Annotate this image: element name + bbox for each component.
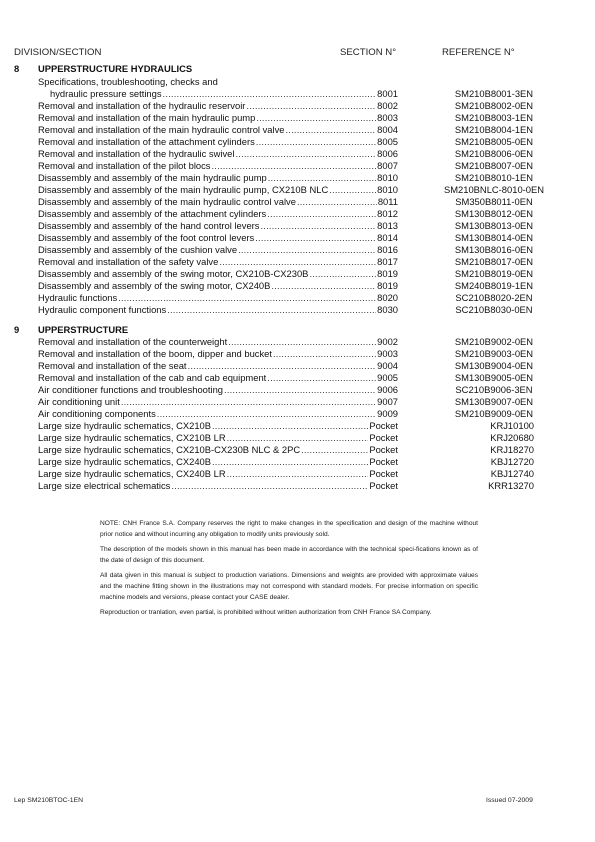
toc-entry-link[interactable]: Large size hydraulic schematics, CX210B …: [38, 432, 398, 444]
toc-row[interactable]: Large size hydraulic schematics, CX240B …: [14, 468, 574, 480]
toc-section-number: Pocket: [368, 468, 398, 480]
section-number: 9: [14, 324, 34, 336]
toc-reference-number: SM210B8002-0EN: [430, 100, 558, 112]
toc-entry-link[interactable]: Air conditioning unit9007: [38, 396, 398, 408]
toc-entry-title: Air conditioning components: [38, 408, 157, 420]
toc-entry-link[interactable]: Disassembly and assembly of the cushion …: [38, 244, 398, 256]
toc-reference-number: SC210B8030-0EN: [430, 304, 558, 316]
toc-intro-text: Specifications, troubleshooting, checks …: [38, 76, 218, 88]
table-of-contents: 8UPPERSTRUCTURE HYDRAULICSSpecifications…: [14, 63, 574, 492]
toc-reference-number: KBJ12720: [430, 456, 534, 468]
toc-row[interactable]: Removal and installation of the cab and …: [14, 372, 574, 384]
note-paragraph: The description of the models shown in t…: [100, 545, 478, 566]
toc-entry-title: Removal and installation of the pilot bl…: [38, 160, 212, 172]
toc-reference-number: SM130B9005-0EN: [430, 372, 558, 384]
toc-row[interactable]: Large size hydraulic schematics, CX240BP…: [14, 456, 574, 468]
toc-reference-number: KRJ20680: [430, 432, 534, 444]
dot-leader: [212, 160, 377, 172]
toc-entry-link[interactable]: Large size hydraulic schematics, CX210B-…: [38, 444, 398, 456]
toc-entry-title: Disassembly and assembly of the swing mo…: [38, 280, 271, 292]
section-heading: 9UPPERSTRUCTURE: [14, 324, 574, 337]
toc-section-number: 8006: [376, 148, 398, 160]
toc-reference-number: SM210B9003-0EN: [430, 348, 558, 360]
toc-section-number: 8010: [376, 184, 398, 196]
toc-section-number: 9006: [376, 384, 398, 396]
toc-section-number: 8020: [376, 292, 398, 304]
toc-entry-link[interactable]: Large size hydraulic schematics, CX210BP…: [38, 420, 398, 432]
footer-document-code: Lep SM210BTOC-1EN: [14, 797, 83, 804]
toc-entry-title: Large size hydraulic schematics, CX210B …: [38, 432, 227, 444]
toc-entry-title: Air conditioning unit: [38, 396, 121, 408]
toc-entry-link[interactable]: Removal and installation of the main hyd…: [38, 112, 398, 124]
toc-entry-link[interactable]: Removal and installation of the seat9004: [38, 360, 398, 372]
toc-section-number: Pocket: [368, 480, 398, 492]
toc-entry-title: Removal and installation of the main hyd…: [38, 124, 285, 136]
toc-section-number: 8017: [376, 256, 398, 268]
toc-section-number: 8003: [376, 112, 398, 124]
toc-section-number: 9005: [376, 372, 398, 384]
toc-section-number: Pocket: [368, 432, 398, 444]
toc-entry-title: Removal and installation of the attachme…: [38, 136, 256, 148]
toc-entry-title: Hydraulic component functions: [38, 304, 167, 316]
toc-row[interactable]: Disassembly and assembly of the main hyd…: [14, 184, 574, 196]
toc-reference-number: SM210B9002-0EN: [430, 336, 558, 348]
toc-entry-title: Removal and installation of the hydrauli…: [38, 100, 246, 112]
dot-leader: [157, 408, 376, 420]
dot-leader: [224, 384, 376, 396]
toc-section-number: 8001: [376, 88, 398, 100]
toc-entry-title: Removal and installation of the boom, di…: [38, 348, 273, 360]
toc-section-number: 8013: [376, 220, 398, 232]
toc-reference-number: SM130B8013-0EN: [430, 220, 558, 232]
section-title: UPPERSTRUCTURE HYDRAULICS: [38, 63, 192, 75]
toc-entry-title: Disassembly and assembly of the hand con…: [38, 220, 260, 232]
section-title: UPPERSTRUCTURE: [38, 324, 128, 336]
section-number-header: SECTION N°: [340, 47, 396, 58]
legal-notes: NOTE: CNH France S.A. Company reserves t…: [100, 519, 478, 624]
toc-reference-number: SC210B8020-2EN: [430, 292, 558, 304]
toc-entry-title: Large size hydraulic schematics, CX240B: [38, 456, 212, 468]
dot-leader: [268, 172, 376, 184]
toc-entry-link[interactable]: Removal and installation of the main hyd…: [38, 124, 398, 136]
dot-leader: [297, 196, 377, 208]
dot-leader: [285, 124, 376, 136]
toc-reference-number: SM210B8017-0EN: [430, 256, 558, 268]
toc-entry-title: Disassembly and assembly of the attachme…: [38, 208, 267, 220]
toc-entry-link[interactable]: Air conditioning components9009: [38, 408, 398, 420]
toc-entry-title: Disassembly and assembly of the main hyd…: [38, 172, 268, 184]
toc-reference-number: SM210B8005-0EN: [430, 136, 558, 148]
dot-leader: [227, 432, 369, 444]
dot-leader: [301, 444, 368, 456]
toc-row[interactable]: Large size electrical schematicsPocketKR…: [14, 480, 574, 492]
dot-leader: [188, 360, 377, 372]
toc-entry-link[interactable]: Large size hydraulic schematics, CX240BP…: [38, 456, 398, 468]
section-gap: [14, 316, 574, 324]
toc-entry-link[interactable]: Disassembly and assembly of the hand con…: [38, 220, 398, 232]
toc-entry-link[interactable]: hydraulic pressure settings8001: [50, 88, 398, 100]
toc-entry-link[interactable]: Removal and installation of the pilot bl…: [38, 160, 398, 172]
toc-section-number: 9007: [376, 396, 398, 408]
toc-section-number: Pocket: [368, 444, 398, 456]
toc-entry-title: Large size hydraulic schematics, CX240B …: [38, 468, 227, 480]
toc-reference-number: KRJ18270: [430, 444, 534, 456]
note-paragraph: NOTE: CNH France S.A. Company reserves t…: [100, 519, 478, 540]
toc-row[interactable]: Disassembly and assembly of the hand con…: [14, 220, 574, 232]
toc-entry-link[interactable]: Hydraulic component functions8030: [38, 304, 398, 316]
toc-entry-link[interactable]: Disassembly and assembly of the main hyd…: [38, 196, 398, 208]
toc-reference-number: KRJ10100: [430, 420, 534, 432]
toc-reference-number: SM210B8001-3EN: [430, 88, 558, 100]
toc-entry-link[interactable]: Removal and installation of the hydrauli…: [38, 100, 398, 112]
dot-leader: [256, 112, 376, 124]
toc-row[interactable]: Removal and installation of the hydrauli…: [14, 100, 574, 112]
toc-entry-title: Removal and installation of the cab and …: [38, 372, 267, 384]
dot-leader: [212, 456, 368, 468]
toc-row[interactable]: Disassembly and assembly of the main hyd…: [14, 196, 574, 208]
toc-entry-link[interactable]: Removal and installation of the boom, di…: [38, 348, 398, 360]
toc-row[interactable]: Hydraulic functions8020SC210B8020-2EN: [14, 292, 574, 304]
toc-row[interactable]: Air conditioning components9009SM210B900…: [14, 408, 574, 420]
toc-row[interactable]: Hydraulic component functions8030SC210B8…: [14, 304, 574, 316]
toc-row[interactable]: Air conditioner functions and troublesho…: [14, 384, 574, 396]
toc-row[interactable]: Removal and installation of the counterw…: [14, 336, 574, 348]
toc-entry-link[interactable]: Disassembly and assembly of the foot con…: [38, 232, 398, 244]
toc-section-number: 8010: [376, 172, 398, 184]
toc-entry-title: Large size hydraulic schematics, CX210B-…: [38, 444, 301, 456]
toc-section-number: Pocket: [368, 456, 398, 468]
toc-reference-number: SM240B8019-1EN: [430, 280, 558, 292]
dot-leader: [256, 136, 376, 148]
toc-row[interactable]: Disassembly and assembly of the swing mo…: [14, 268, 574, 280]
toc-reference-number: KBJ12740: [430, 468, 534, 480]
toc-row[interactable]: Removal and installation of the attachme…: [14, 136, 574, 148]
toc-reference-number: SM130B8012-0EN: [430, 208, 558, 220]
toc-entry-link[interactable]: Disassembly and assembly of the swing mo…: [38, 280, 398, 292]
toc-reference-number: SM130B8016-0EN: [430, 244, 558, 256]
toc-section-number: 9002: [376, 336, 398, 348]
toc-entry-title: Removal and installation of the main hyd…: [38, 112, 256, 124]
toc-reference-number: SM210B8006-0EN: [430, 148, 558, 160]
toc-intro-line: Specifications, troubleshooting, checks …: [14, 76, 574, 88]
dot-leader: [267, 208, 376, 220]
toc-reference-number: SM350B8011-0EN: [430, 196, 558, 208]
toc-row[interactable]: Removal and installation of the safety v…: [14, 256, 574, 268]
toc-entry-link[interactable]: Removal and installation of the safety v…: [38, 256, 398, 268]
toc-row[interactable]: Removal and installation of the seat9004…: [14, 360, 574, 372]
toc-entry-link[interactable]: Removal and installation of the hydrauli…: [38, 148, 398, 160]
toc-reference-number: SM130B9004-0EN: [430, 360, 558, 372]
toc-section-number: 8005: [376, 136, 398, 148]
note-paragraph: Reproduction or tranlation, even partial…: [100, 608, 478, 619]
toc-section-number: 9004: [376, 360, 398, 372]
dot-leader: [271, 280, 376, 292]
dot-leader: [212, 420, 368, 432]
toc-section-number: 8019: [376, 280, 398, 292]
toc-row[interactable]: Large size hydraulic schematics, CX210B-…: [14, 444, 574, 456]
toc-row[interactable]: Removal and installation of the boom, di…: [14, 348, 574, 360]
toc-entry-title: Removal and installation of the counterw…: [38, 336, 228, 348]
toc-section-number: 8014: [376, 232, 398, 244]
toc-section-number: 8030: [376, 304, 398, 316]
division-section-header: DIVISION/SECTION: [14, 47, 101, 58]
dot-leader: [309, 268, 376, 280]
toc-entry-title: Large size hydraulic schematics, CX210B: [38, 420, 212, 432]
toc-entry-title: hydraulic pressure settings: [50, 88, 163, 100]
toc-section-number: 8011: [377, 196, 398, 208]
toc-entry-link[interactable]: Disassembly and assembly of the attachme…: [38, 208, 398, 220]
toc-reference-number: SM210BNLC-8010-0EN: [430, 184, 558, 196]
toc-entry-title: Air conditioner functions and troublesho…: [38, 384, 224, 396]
toc-section-number: 8007: [376, 160, 398, 172]
toc-entry-link[interactable]: Disassembly and assembly of the main hyd…: [38, 184, 398, 196]
toc-row[interactable]: Disassembly and assembly of the cushion …: [14, 244, 574, 256]
toc-entry-title: Disassembly and assembly of the foot con…: [38, 232, 255, 244]
note-paragraph: All data given in this manual is subject…: [100, 571, 478, 603]
toc-entry-link[interactable]: Removal and installation of the attachme…: [38, 136, 398, 148]
dot-leader: [329, 184, 376, 196]
dot-leader: [167, 304, 376, 316]
toc-entry-link[interactable]: Disassembly and assembly of the main hyd…: [38, 172, 398, 184]
toc-row[interactable]: Disassembly and assembly of the attachme…: [14, 208, 574, 220]
toc-reference-number: KRR13270: [430, 480, 534, 492]
dot-leader: [246, 100, 376, 112]
toc-section-number: 9009: [376, 408, 398, 420]
dot-leader: [163, 88, 377, 100]
toc-reference-number: SC210B9006-3EN: [430, 384, 558, 396]
footer-issue-date: Issued 07-2009: [486, 797, 533, 804]
toc-row[interactable]: hydraulic pressure settings8001SM210B800…: [14, 88, 574, 100]
toc-entry-link[interactable]: Removal and installation of the cab and …: [38, 372, 398, 384]
toc-section-number: 8002: [376, 100, 398, 112]
toc-reference-number: SM210B8019-0EN: [430, 268, 558, 280]
toc-entry-link[interactable]: Large size electrical schematicsPocket: [38, 480, 398, 492]
toc-row[interactable]: Air conditioning unit9007SM130B9007-0EN: [14, 396, 574, 408]
toc-entry-title: Large size electrical schematics: [38, 480, 171, 492]
toc-row[interactable]: Large size hydraulic schematics, CX210BP…: [14, 420, 574, 432]
dot-leader: [228, 336, 376, 348]
toc-entry-title: Removal and installation of the safety v…: [38, 256, 219, 268]
toc-reference-number: SM210B8010-1EN: [430, 172, 558, 184]
toc-row[interactable]: Removal and installation of the hydrauli…: [14, 148, 574, 160]
toc-entry-title: Disassembly and assembly of the swing mo…: [38, 268, 309, 280]
toc-section-number: 8004: [376, 124, 398, 136]
toc-row[interactable]: Large size hydraulic schematics, CX210B …: [14, 432, 574, 444]
toc-row[interactable]: Disassembly and assembly of the foot con…: [14, 232, 574, 244]
toc-entry-link[interactable]: Disassembly and assembly of the swing mo…: [38, 268, 398, 280]
dot-leader: [171, 480, 368, 492]
dot-leader: [219, 256, 376, 268]
toc-reference-number: SM210B8003-1EN: [430, 112, 558, 124]
toc-row[interactable]: Disassembly and assembly of the main hyd…: [14, 172, 574, 184]
toc-entry-title: Removal and installation of the seat: [38, 360, 188, 372]
toc-section-number: 9003: [376, 348, 398, 360]
toc-reference-number: SM210B8007-0EN: [430, 160, 558, 172]
section-number: 8: [14, 63, 34, 75]
dot-leader: [273, 348, 376, 360]
toc-entry-link[interactable]: Air conditioner functions and troublesho…: [38, 384, 398, 396]
toc-row[interactable]: Removal and installation of the main hyd…: [14, 124, 574, 136]
toc-entry-link[interactable]: Large size hydraulic schematics, CX240B …: [38, 468, 398, 480]
dot-leader: [235, 148, 376, 160]
reference-number-header: REFERENCE N°: [442, 47, 515, 58]
toc-section-number: 8012: [376, 208, 398, 220]
toc-row[interactable]: Removal and installation of the main hyd…: [14, 112, 574, 124]
toc-entry-title: Disassembly and assembly of the main hyd…: [38, 184, 329, 196]
toc-entry-link[interactable]: Removal and installation of the counterw…: [38, 336, 398, 348]
dot-leader: [118, 292, 376, 304]
toc-row[interactable]: Disassembly and assembly of the swing mo…: [14, 280, 574, 292]
toc-reference-number: SM210B8004-1EN: [430, 124, 558, 136]
toc-section-number: 8016: [376, 244, 398, 256]
dot-leader: [227, 468, 369, 480]
toc-entry-title: Disassembly and assembly of the cushion …: [38, 244, 238, 256]
dot-leader: [260, 220, 376, 232]
dot-leader: [121, 396, 376, 408]
toc-entry-title: Disassembly and assembly of the main hyd…: [38, 196, 297, 208]
toc-section-number: Pocket: [368, 420, 398, 432]
toc-reference-number: SM130B8014-0EN: [430, 232, 558, 244]
toc-section-number: 8019: [376, 268, 398, 280]
toc-entry-link[interactable]: Hydraulic functions8020: [38, 292, 398, 304]
toc-row[interactable]: Removal and installation of the pilot bl…: [14, 160, 574, 172]
dot-leader: [267, 372, 376, 384]
toc-reference-number: SM210B9009-0EN: [430, 408, 558, 420]
dot-leader: [255, 232, 376, 244]
toc-reference-number: SM130B9007-0EN: [430, 396, 558, 408]
section-heading: 8UPPERSTRUCTURE HYDRAULICS: [14, 63, 574, 76]
toc-entry-title: Hydraulic functions: [38, 292, 118, 304]
dot-leader: [238, 244, 376, 256]
toc-entry-title: Removal and installation of the hydrauli…: [38, 148, 235, 160]
